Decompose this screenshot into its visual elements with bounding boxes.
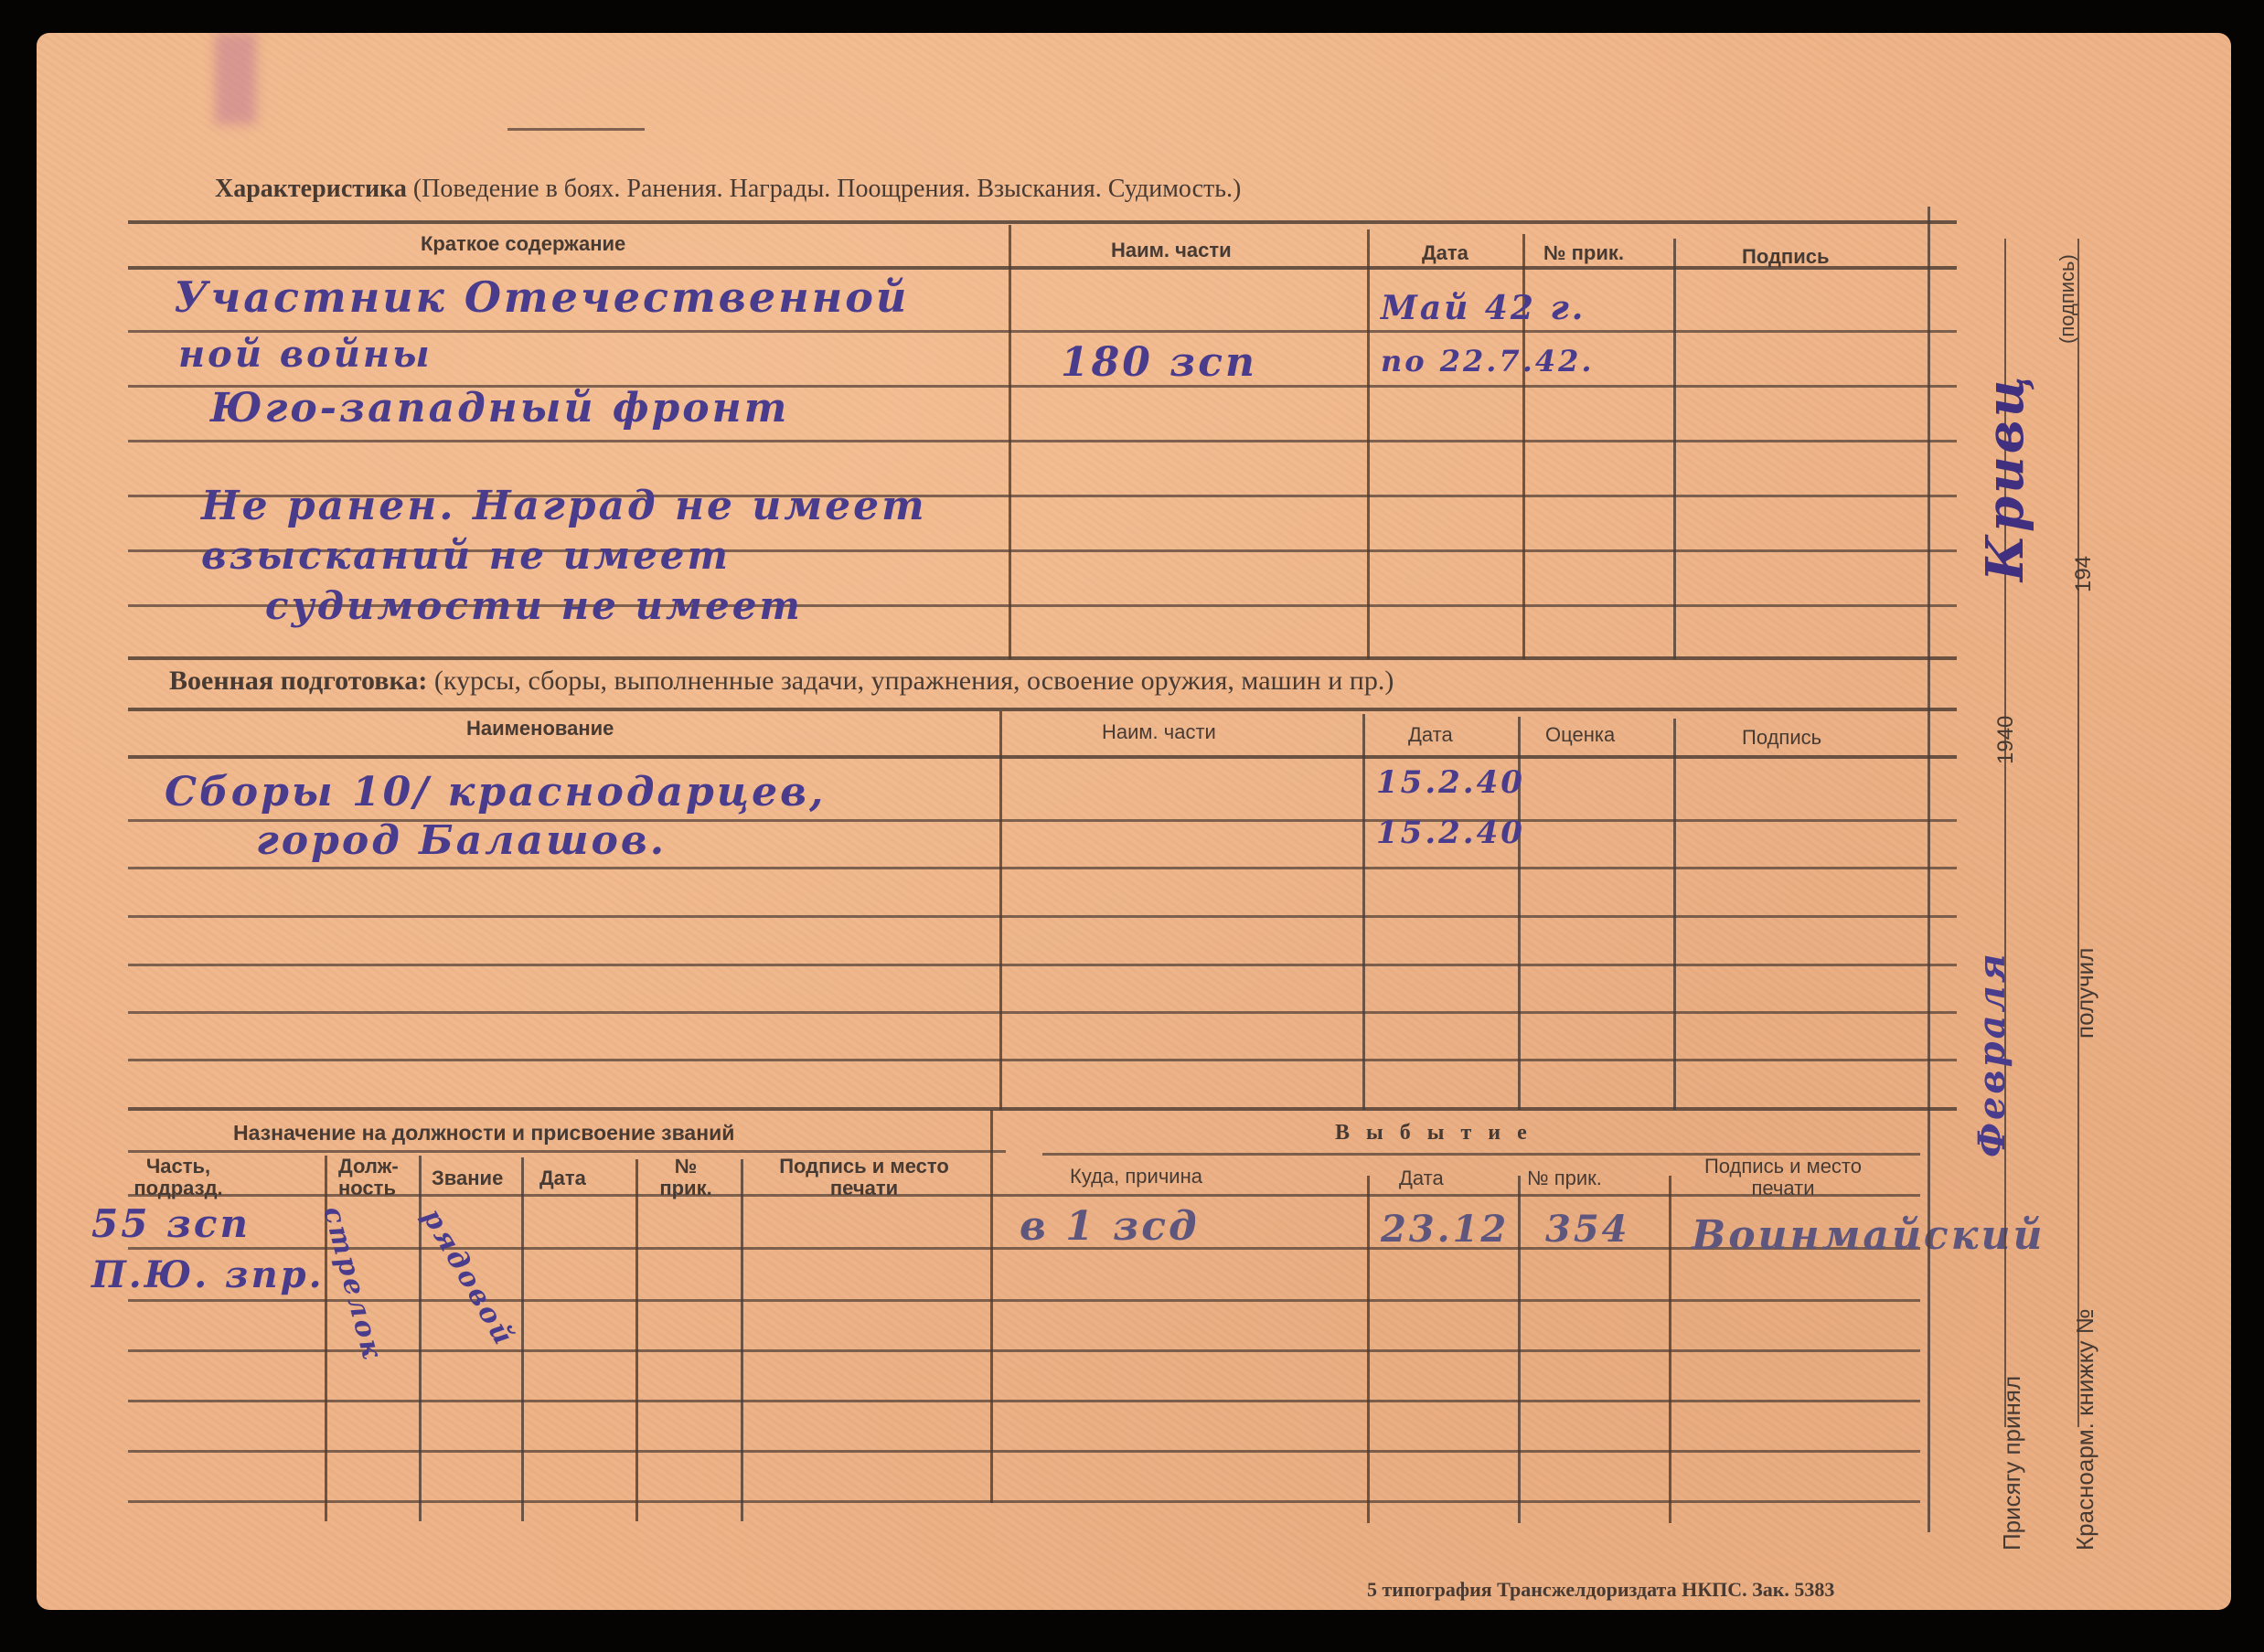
rule <box>128 1450 1920 1453</box>
col-header-signature-seal: Подпись и место печати <box>754 1156 974 1199</box>
signature-label: (подпись) <box>2056 254 2079 344</box>
col-header-rank: Звание <box>432 1167 503 1190</box>
training-name-line-1: Сборы 10/ краснодарцев, <box>165 769 826 815</box>
divider <box>128 1150 1006 1153</box>
oath-year: 1940 <box>1993 716 2019 764</box>
col-divider <box>741 1159 743 1521</box>
panel-border <box>1928 207 1930 1532</box>
col-header-subunit: Часть, подразд. <box>128 1156 229 1199</box>
training-date-2: 15.2.40 <box>1376 815 1525 851</box>
year-prefix: 194 <box>2071 556 2097 592</box>
pencil-mark <box>507 128 645 131</box>
col-header-dep-order: № прик. <box>1527 1167 1602 1190</box>
training-date-1: 15.2.40 <box>1376 764 1525 801</box>
rule <box>128 1059 1957 1061</box>
rule <box>128 1400 1920 1402</box>
col-divider <box>1367 229 1370 659</box>
divider <box>128 755 1957 759</box>
characteristics-title: Характеристика (Поведение в боях. Ранени… <box>215 175 1241 204</box>
received-label: получил <box>2071 948 2099 1039</box>
col-divider <box>990 1110 993 1503</box>
summary-line-3: Юго-западный фронт <box>210 385 789 432</box>
col-divider <box>521 1157 524 1521</box>
col-divider <box>1673 719 1676 1110</box>
col-header-date: Дата <box>539 1167 586 1190</box>
rule <box>128 1011 1957 1014</box>
divider <box>128 266 1957 270</box>
departure-signature: Воинмайский <box>1692 1212 2045 1259</box>
col-divider <box>635 1159 638 1521</box>
col-divider <box>1009 225 1011 659</box>
col-divider <box>1673 239 1676 659</box>
col-header-dep-signature: Подпись и место печати <box>1673 1156 1893 1199</box>
col-divider <box>999 711 1002 1110</box>
col-header-order: № прик. <box>1543 241 1624 265</box>
col-header-date: Дата <box>1422 241 1468 265</box>
summary-line-7: судимости не имеет <box>265 583 803 628</box>
commander-signature: Кривц <box>1975 373 2035 581</box>
col-header-unit: Наим. части <box>1111 239 1232 262</box>
departure-title: Выбытие <box>1335 1121 1543 1146</box>
col-header-position: Долж-ность <box>338 1156 411 1199</box>
rule <box>128 915 1957 918</box>
rule <box>128 867 1957 869</box>
training-name-line-2: город Балашов. <box>256 817 667 864</box>
summary-line-1: Участник Отечественной <box>174 272 909 322</box>
divider <box>128 1107 1957 1111</box>
printer-imprint: 5 типография Трансжелдориздата НКПС. Зак… <box>1367 1578 1834 1602</box>
departure-date: 23.12 <box>1381 1208 1509 1251</box>
rule <box>128 1299 1920 1302</box>
departure-order-no: 354 <box>1545 1208 1630 1251</box>
summary-line-2: ной войны <box>178 333 433 376</box>
oath-label: Присягу принял <box>1998 1376 2026 1551</box>
assignment-unit-line-1: 55 зсп <box>91 1201 251 1246</box>
assignments-title: Назначение на должности и присвоение зва… <box>233 1121 734 1146</box>
divider <box>128 708 1957 711</box>
rule <box>128 440 1957 442</box>
col-header-order: № прик. <box>654 1156 718 1199</box>
service-record-card: Характеристика (Поведение в боях. Ранени… <box>37 33 2231 1610</box>
col-header-summary: Краткое содержание <box>421 232 625 256</box>
rule <box>128 1500 1920 1503</box>
summary-line-6: взысканий не имеет <box>201 533 731 578</box>
training-title: Военная подготовка: (курсы, сборы, выпол… <box>169 666 1394 697</box>
oath-month: Февраля <box>1970 951 2013 1157</box>
divider <box>128 656 1957 660</box>
col-header-name: Наименование <box>466 717 614 741</box>
unit-value: 180 зсп <box>1061 339 1257 386</box>
col-header-grade: Оценка <box>1545 723 1615 747</box>
col-divider <box>419 1156 422 1521</box>
rule <box>128 964 1957 966</box>
divider <box>128 1194 1920 1197</box>
col-header-signature: Подпись <box>1742 726 1821 750</box>
col-header-unit: Наим. части <box>1102 720 1216 744</box>
date-from: Май 42 г. <box>1381 289 1586 327</box>
rule <box>128 1349 1920 1352</box>
assignment-unit-line-2: П.Ю. зпр. <box>91 1253 325 1296</box>
book-label: Красноарм. книжку № <box>2071 1308 2099 1551</box>
assignment-rank: рядовой <box>416 1203 520 1352</box>
departure-destination: в 1 зсд <box>1020 1203 1200 1250</box>
sign-line <box>2077 239 2079 1427</box>
date-to: по 22.7.42. <box>1381 344 1595 378</box>
summary-line-5: Не ранен. Наград не имеет <box>201 483 927 529</box>
col-divider <box>1362 714 1365 1110</box>
col-header-date: Дата <box>1408 723 1453 747</box>
col-header-dep-date: Дата <box>1399 1167 1444 1190</box>
ink-stain <box>215 33 256 124</box>
divider <box>128 220 1957 224</box>
col-header-destination: Куда, причина <box>1070 1165 1202 1188</box>
